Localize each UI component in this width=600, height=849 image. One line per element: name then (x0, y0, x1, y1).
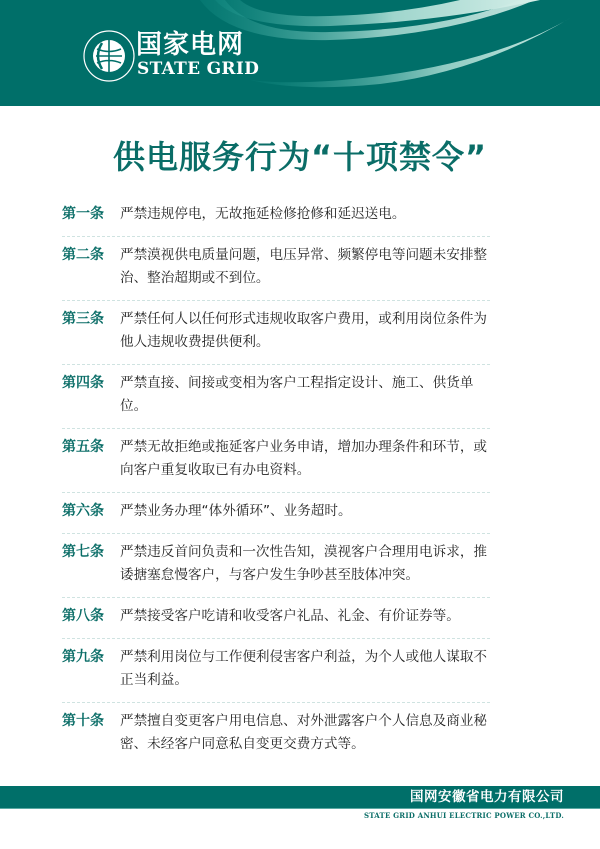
rule-item: 第九条 严禁利用岗位与工作便利侵害客户利益，为个人或他人谋取不正当利益。 (62, 639, 490, 703)
page-title: 供电服务行为“十项禁令” (0, 135, 600, 179)
rule-text: 严禁违反首问负责和一次性告知，漠视客户合理用电诉求，推诿搪塞怠慢客户，与客户发生… (120, 541, 490, 587)
rule-number: 第七条 (62, 542, 120, 562)
rule-text: 严禁业务办理“体外循环”、业务超时。 (120, 500, 490, 523)
rule-item: 第一条 严禁违规停电，无故拖延检修抢修和延迟送电。 (62, 196, 490, 237)
rules-list: 第一条 严禁违规停电，无故拖延检修抢修和延迟送电。 第二条 严禁漠视供电质量问题… (62, 196, 490, 766)
rule-item: 第五条 严禁无故拒绝或拖延客户业务申请，增加办理条件和环节，或向客户重复收取已有… (62, 429, 490, 493)
rule-item: 第十条 严禁擅自变更客户用电信息、对外泄露客户个人信息及商业秘密、未经客户同意私… (62, 703, 490, 766)
state-grid-emblem-icon (82, 29, 136, 83)
rule-number: 第十条 (62, 711, 120, 731)
footer-company-cn: 国网安徽省电力有限公司 (410, 786, 564, 808)
footer-company-en: STATE GRID ANHUI ELECTRIC POWER CO.,LTD. (364, 809, 564, 823)
header-banner: 国家电网 STATE GRID (0, 0, 600, 106)
rule-text: 严禁擅自变更客户用电信息、对外泄露客户个人信息及商业秘密、未经客户同意私自变更交… (120, 710, 490, 756)
logo-text-cn: 国家电网 (136, 30, 244, 60)
rule-number: 第四条 (62, 373, 120, 393)
rule-text: 严禁漠视供电质量问题，电压异常、频繁停电等问题未安排整治、整治超期或不到位。 (120, 244, 490, 290)
rule-number: 第二条 (62, 245, 120, 265)
rule-text: 严禁接受客户吃请和收受客户礼品、礼金、有价证券等。 (120, 605, 490, 628)
rule-item: 第四条 严禁直接、间接或变相为客户工程指定设计、施工、供货单位。 (62, 365, 490, 429)
rule-text: 严禁无故拒绝或拖延客户业务申请，增加办理条件和环节，或向客户重复收取已有办电资料… (120, 436, 490, 482)
rule-text: 严禁违规停电，无故拖延检修抢修和延迟送电。 (120, 203, 490, 226)
rule-text: 严禁利用岗位与工作便利侵害客户利益，为个人或他人谋取不正当利益。 (120, 646, 490, 692)
rule-item: 第三条 严禁任何人以任何形式违规收取客户费用，或利用岗位条件为他人违规收费提供便… (62, 301, 490, 365)
rule-text: 严禁直接、间接或变相为客户工程指定设计、施工、供货单位。 (120, 372, 490, 418)
rule-number: 第五条 (62, 437, 120, 457)
rule-item: 第七条 严禁违反首问负责和一次性告知，漠视客户合理用电诉求，推诿搪塞怠慢客户，与… (62, 534, 490, 598)
rule-text: 严禁任何人以任何形式违规收取客户费用，或利用岗位条件为他人违规收费提供便利。 (120, 308, 490, 354)
rule-number: 第九条 (62, 647, 120, 667)
rule-number: 第一条 (62, 204, 120, 224)
rule-number: 第八条 (62, 606, 120, 626)
rule-item: 第二条 严禁漠视供电质量问题，电压异常、频繁停电等问题未安排整治、整治超期或不到… (62, 237, 490, 301)
rule-item: 第六条 严禁业务办理“体外循环”、业务超时。 (62, 493, 490, 534)
logo-text-en: STATE GRID (137, 60, 259, 78)
rule-item: 第八条 严禁接受客户吃请和收受客户礼品、礼金、有价证券等。 (62, 598, 490, 639)
rule-number: 第三条 (62, 309, 120, 329)
rule-number: 第六条 (62, 501, 120, 521)
